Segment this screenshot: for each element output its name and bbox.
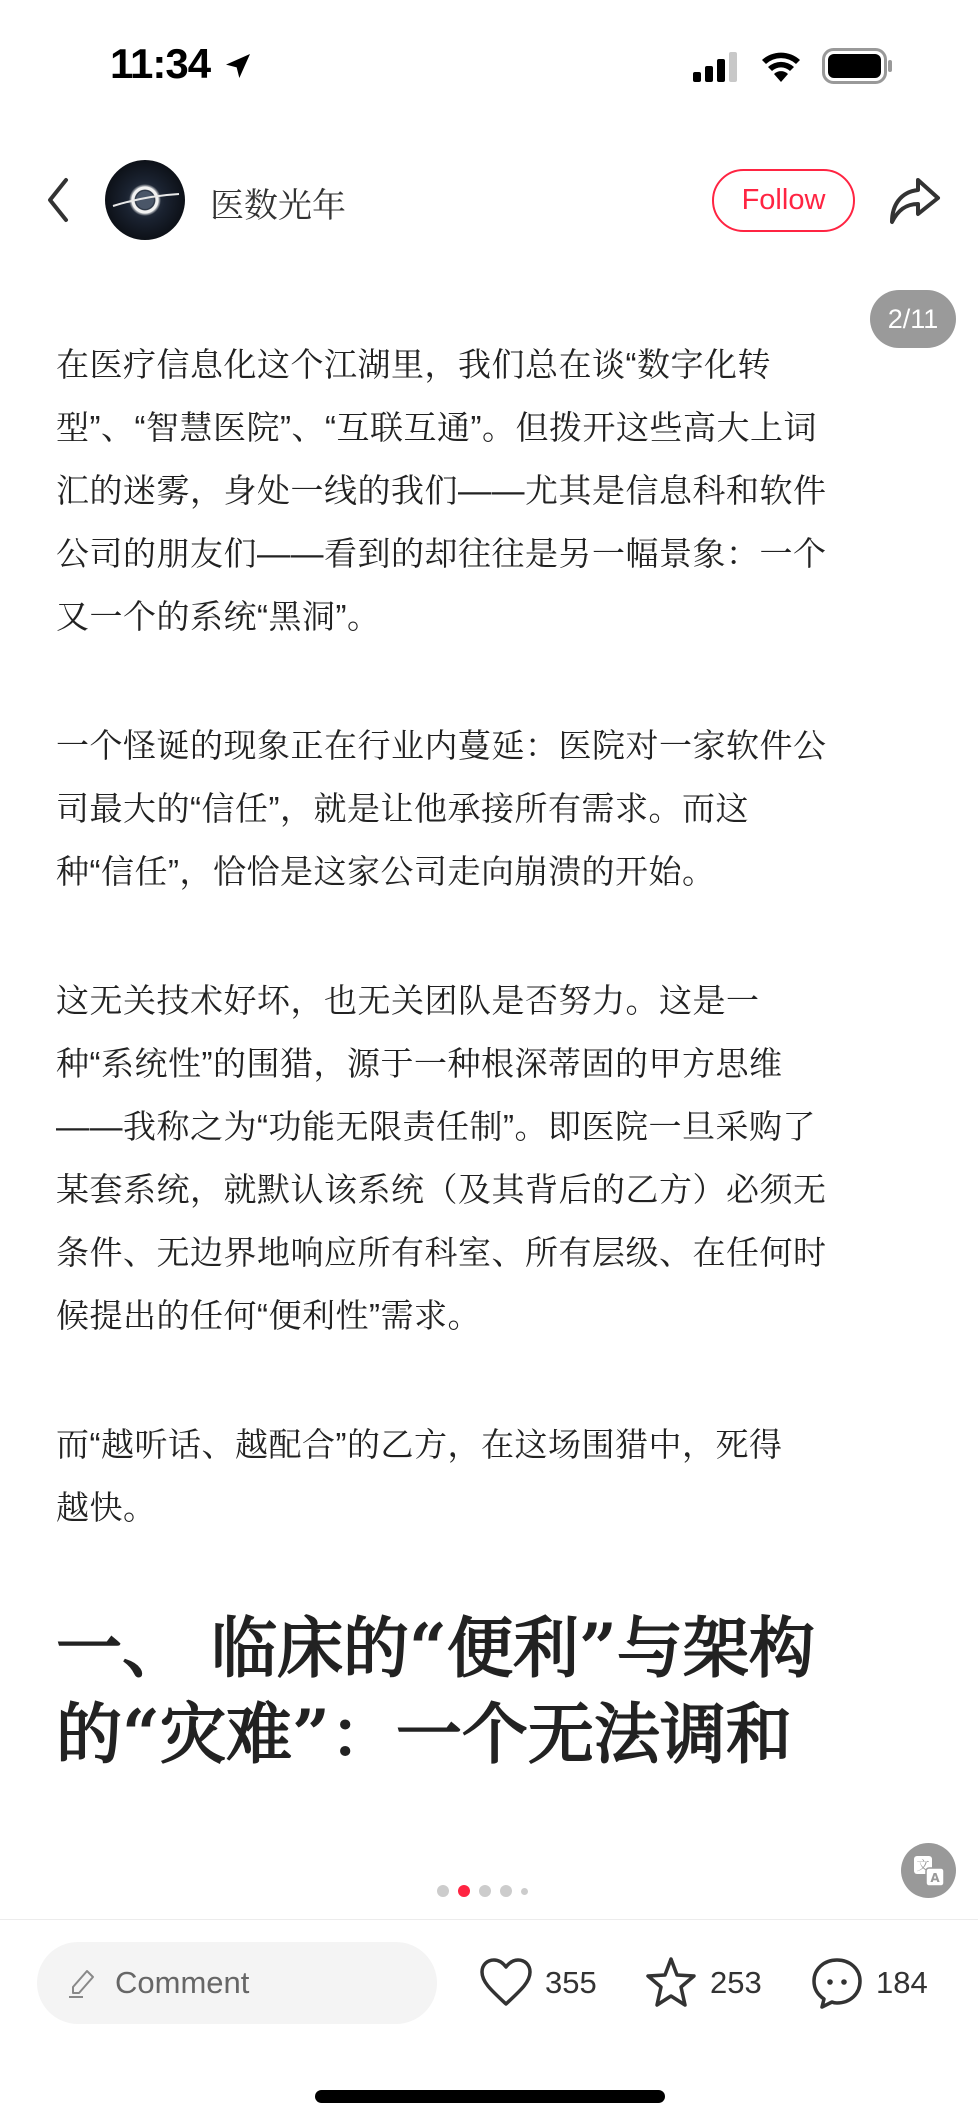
follow-button[interactable]: Follow <box>712 169 855 232</box>
comment-count: 184 <box>876 1965 928 2001</box>
text-line: 汇的迷雾，身处一线的我们——尤其是信息科和软件 <box>56 459 936 522</box>
text-line: 司最大的“信任”，就是让他承接所有需求。而这 <box>56 777 936 840</box>
comment-placeholder: Comment <box>115 1965 249 2001</box>
collect-button[interactable]: 253 <box>642 1950 762 2016</box>
text-line: 种“信任”，恰恰是这家公司走向崩溃的开始。 <box>56 840 936 903</box>
status-bar: 11:34 <box>0 0 978 120</box>
text-line: 条件、无边界地响应所有科室、所有层级、在任何时 <box>56 1221 936 1284</box>
translate-button[interactable]: 文 A <box>901 1843 956 1898</box>
text-line: 一个怪诞的现象正在行业内蔓延：医院对一家软件公 <box>56 714 936 777</box>
comment-input[interactable]: Comment <box>37 1942 437 2024</box>
status-time: 11:34 <box>110 40 210 88</box>
paragraph: 这无关技术好坏，也无关团队是否努力。这是一 种“系统性”的围猎，源于一种根深蒂固… <box>56 969 936 1347</box>
carousel-dot[interactable] <box>479 1885 491 1897</box>
text-line: 越快。 <box>56 1476 936 1539</box>
home-indicator[interactable] <box>315 2090 665 2103</box>
pencil-icon <box>67 1967 99 1999</box>
comments-button[interactable]: 184 <box>808 1950 928 2016</box>
carousel-dot-active[interactable] <box>458 1885 470 1897</box>
article-content: 在医疗信息化这个江湖里，我们总在谈“数字化转 型”、“智慧医院”、“互联互通”。… <box>56 333 936 1777</box>
post-header: 医数光年 Follow <box>0 150 978 250</box>
chat-bubble-icon <box>808 1954 866 2012</box>
heart-icon <box>477 1954 535 2012</box>
text-line: ——我称之为“功能无限责任制”。即医院一旦采购了 <box>56 1095 936 1158</box>
paragraph: 一个怪诞的现象正在行业内蔓延：医院对一家软件公 司最大的“信任”，就是让他承接所… <box>56 714 936 903</box>
like-button[interactable]: 355 <box>477 1950 597 2016</box>
section-heading: 一、 临床的“便利”与架构 的“灾难”：一个无法调和 <box>56 1605 936 1777</box>
like-count: 355 <box>545 1965 597 2001</box>
text-line: 候提出的任何“便利性”需求。 <box>56 1284 936 1347</box>
wifi-icon <box>760 48 802 82</box>
chevron-left-icon[interactable] <box>38 172 78 228</box>
battery-icon <box>822 48 894 84</box>
cellular-signal-icon <box>693 52 741 82</box>
collect-count: 253 <box>710 1965 762 2001</box>
carousel-dots <box>437 1883 528 1899</box>
text-line: 公司的朋友们——看到的却往往是另一幅景象：一个 <box>56 522 936 585</box>
heading-line: 一、 临床的“便利”与架构 <box>56 1605 936 1691</box>
star-icon <box>642 1954 700 2012</box>
author-name[interactable]: 医数光年 <box>210 178 346 227</box>
text-line: 又一个的系统“黑洞”。 <box>56 585 936 648</box>
carousel-dot[interactable] <box>437 1885 449 1897</box>
text-line: 某套系统，就默认该系统（及其背后的乙方）必须无 <box>56 1158 936 1221</box>
text-line: 在医疗信息化这个江湖里，我们总在谈“数字化转 <box>56 333 936 396</box>
text-line: 型”、“智慧医院”、“互联互通”。但拨开这些高大上词 <box>56 396 936 459</box>
translate-icon: 文 A <box>912 1854 946 1888</box>
paragraph: 而“越听话、越配合”的乙方，在这场围猎中，死得 越快。 <box>56 1413 936 1539</box>
bottom-divider <box>0 1919 978 1920</box>
text-line: 而“越听话、越配合”的乙方，在这场围猎中，死得 <box>56 1413 936 1476</box>
location-arrow-icon <box>222 50 254 82</box>
text-line: 种“系统性”的围猎，源于一种根深蒂固的甲方思维 <box>56 1032 936 1095</box>
author-avatar[interactable] <box>105 160 185 240</box>
black-hole-logo-icon <box>105 160 185 240</box>
paragraph: 在医疗信息化这个江湖里，我们总在谈“数字化转 型”、“智慧医院”、“互联互通”。… <box>56 333 936 648</box>
carousel-dot[interactable] <box>500 1885 512 1897</box>
carousel-dot[interactable] <box>521 1888 528 1895</box>
svg-text:A: A <box>930 1871 940 1885</box>
heading-line: 的“灾难”：一个无法调和 <box>56 1691 936 1777</box>
share-arrow-icon[interactable] <box>882 172 942 228</box>
text-line: 这无关技术好坏，也无关团队是否努力。这是一 <box>56 969 936 1032</box>
